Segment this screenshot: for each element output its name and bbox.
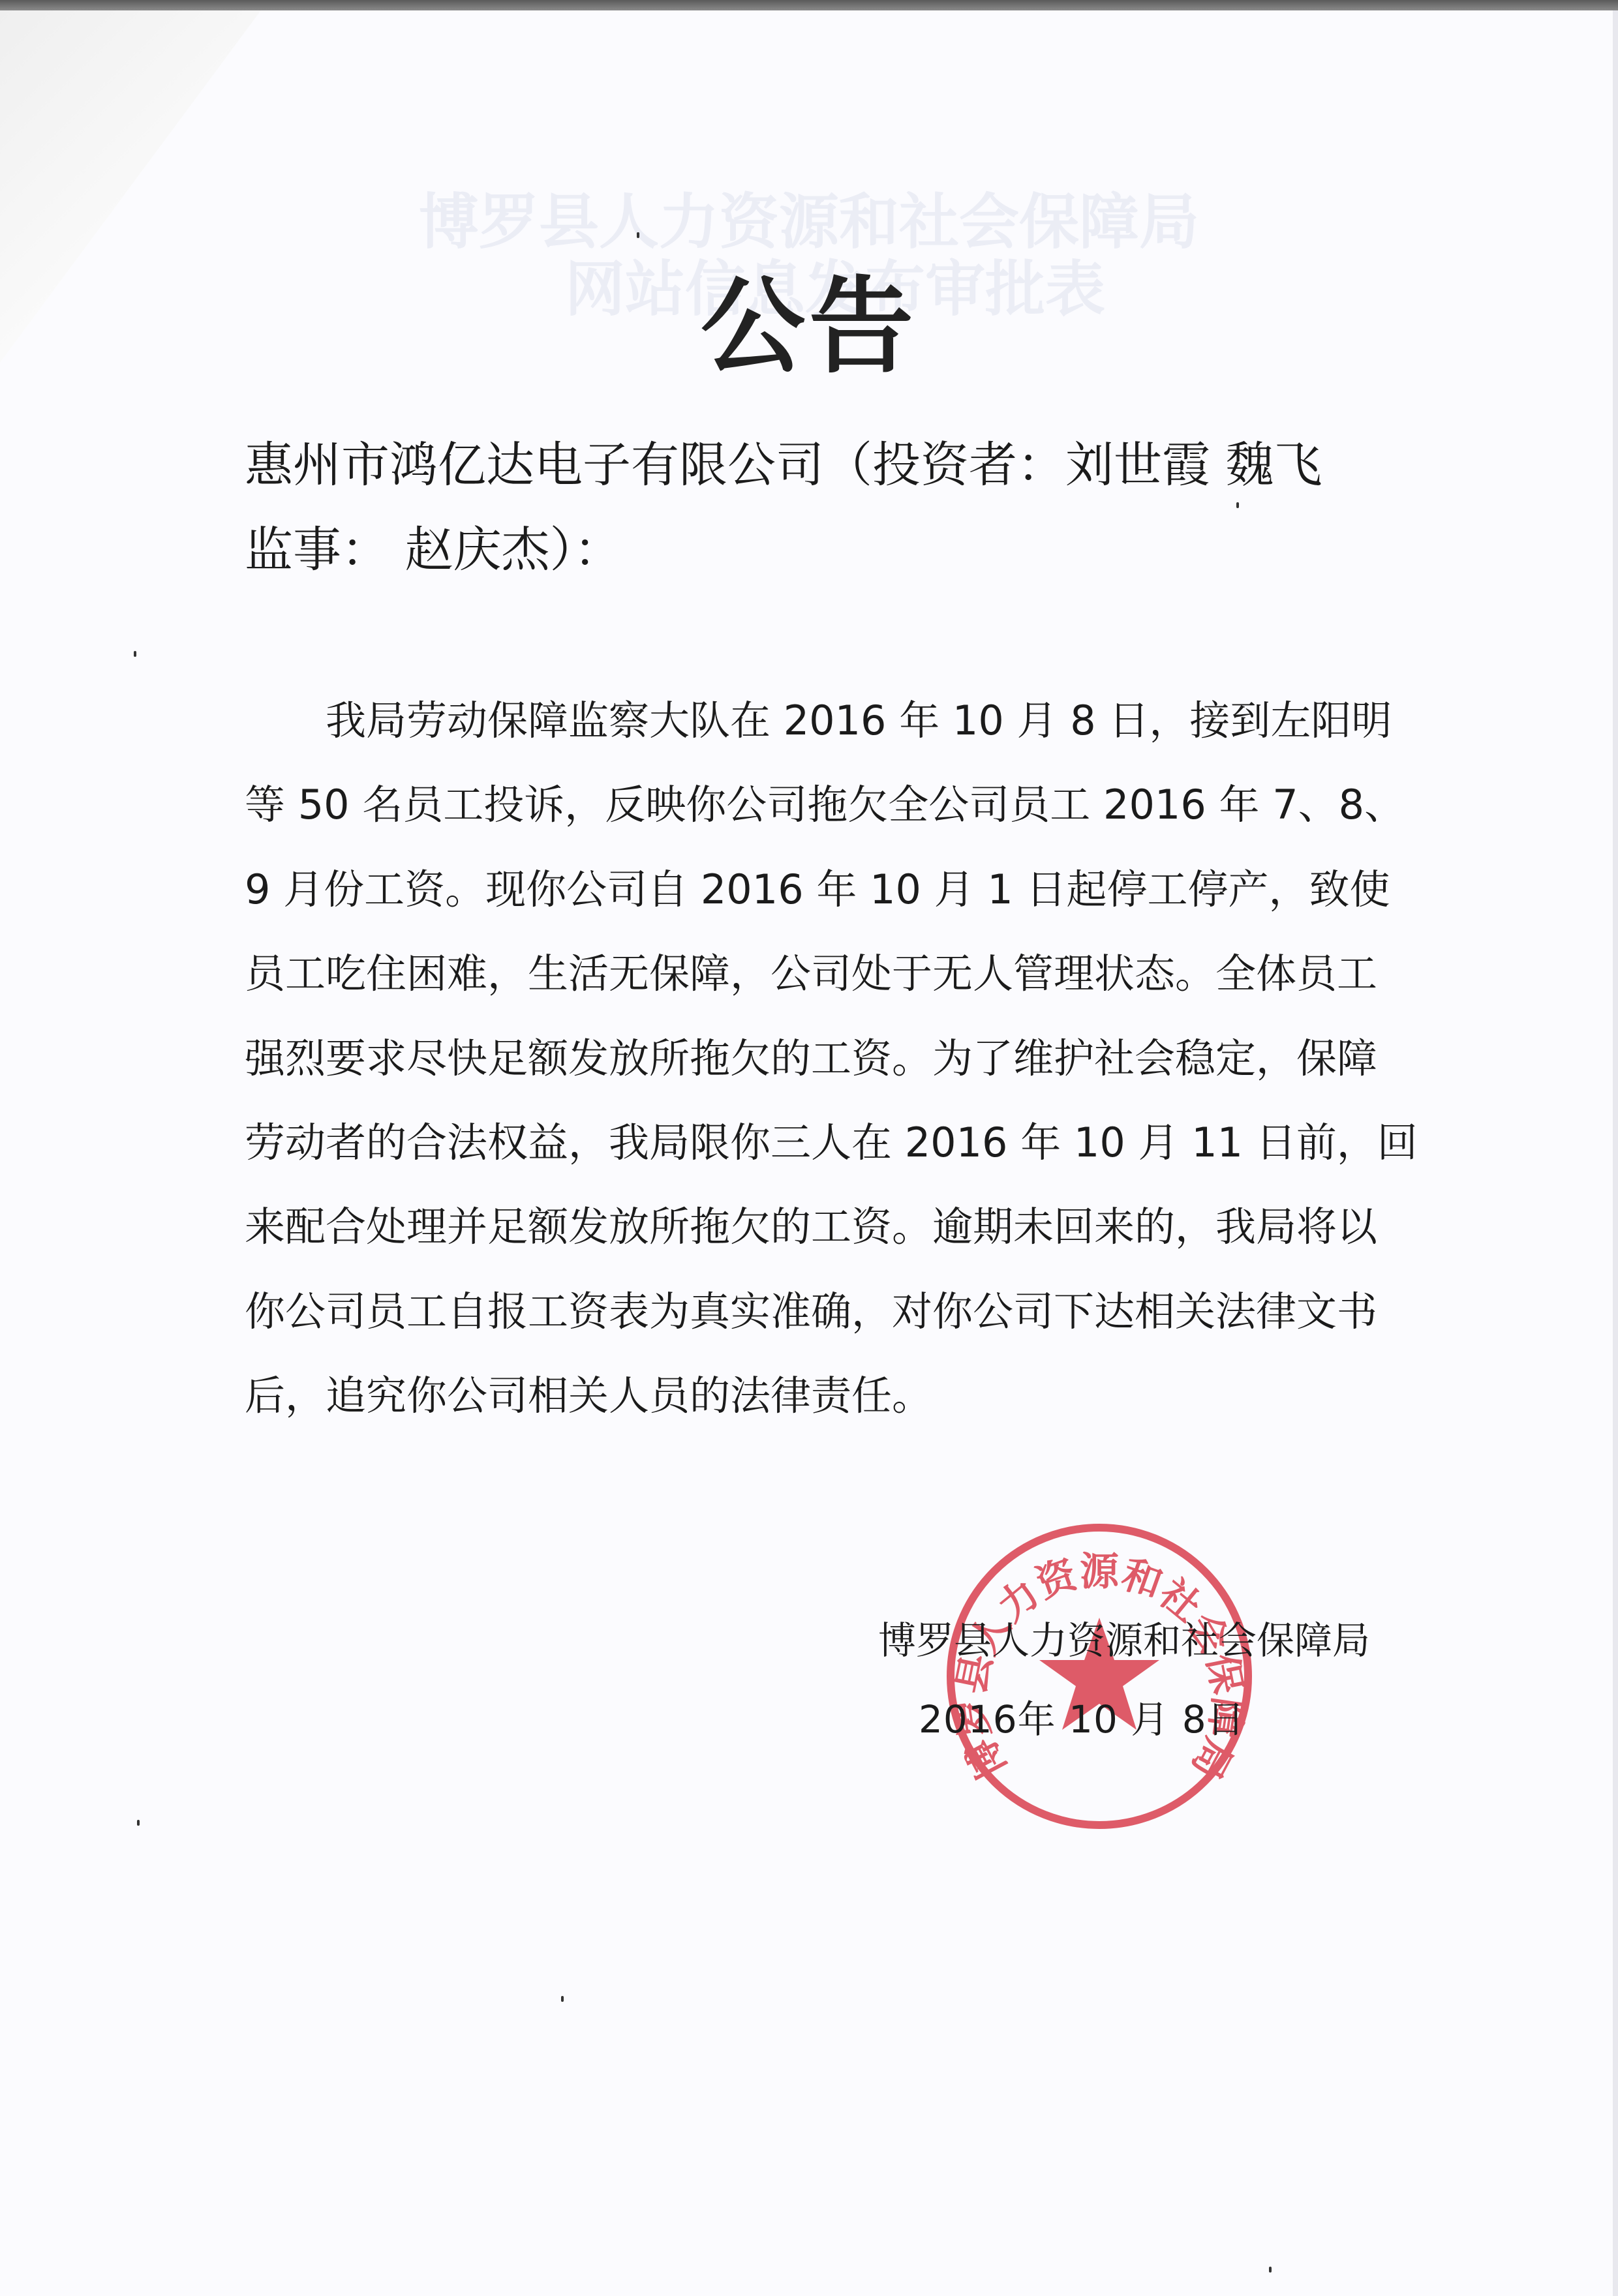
scan-speck xyxy=(637,232,639,238)
body-line: 后，追究你公司相关人员的法律责任。 xyxy=(245,1353,1373,1438)
bleed-through-line-1: 博罗县人力资源和社会保障局 xyxy=(0,186,1618,258)
scanner-edge xyxy=(0,0,1618,10)
body-line: 劳动者的合法权益，我局限你三人在 2016 年 10 月 11 日前，回 xyxy=(245,1100,1373,1185)
body-line: 强烈要求尽快足额发放所拖欠的工资。为了维护社会稳定，保障 xyxy=(245,1016,1373,1100)
body-line: 9 月份工资。现你公司自 2016 年 10 月 1 日起停工停产，致使 xyxy=(245,847,1373,931)
scan-speck xyxy=(137,1820,140,1826)
scan-speck xyxy=(1269,2267,1272,2273)
body-line: 你公司员工自报工资表为真实准确，对你公司下达相关法律文书 xyxy=(245,1269,1373,1353)
official-seal: 博罗县人力资源和社会保障局 xyxy=(939,1517,1259,1836)
body-line: 员工吃住困难，生活无保障，公司处于无人管理状态。全体员工 xyxy=(245,931,1373,1016)
addressee-line-1: 惠州市鸿亿达电子有限公司（投资者：刘世霞 魏飞 xyxy=(245,423,1393,507)
scan-speck xyxy=(561,1996,564,2002)
body-line: 等 50 名员工投诉，反映你公司拖欠全公司员工 2016 年 7、8、 xyxy=(245,763,1373,847)
scan-speck xyxy=(1236,502,1239,508)
addressee-line-2: 监事： 赵庆杰）： xyxy=(245,507,1393,592)
issuer-signature: 博罗县人力资源和社会保障局 xyxy=(816,1614,1370,1667)
body-line: 我局劳动保障监察大队在 2016 年 10 月 8 日，接到左阳明 xyxy=(245,678,1373,763)
issue-date: 2016年 10 月 8日 xyxy=(919,1693,1245,1745)
document-title: 公告 xyxy=(0,264,1618,388)
notice-body: 我局劳动保障监察大队在 2016 年 10 月 8 日，接到左阳明 等 50 名… xyxy=(245,678,1373,1438)
scan-speck xyxy=(134,651,136,657)
addressee-block: 惠州市鸿亿达电子有限公司（投资者：刘世霞 魏飞 监事： 赵庆杰）： xyxy=(245,423,1393,592)
body-line: 来配合处理并足额发放所拖欠的工资。逾期未回来的，我局将以 xyxy=(245,1185,1373,1269)
